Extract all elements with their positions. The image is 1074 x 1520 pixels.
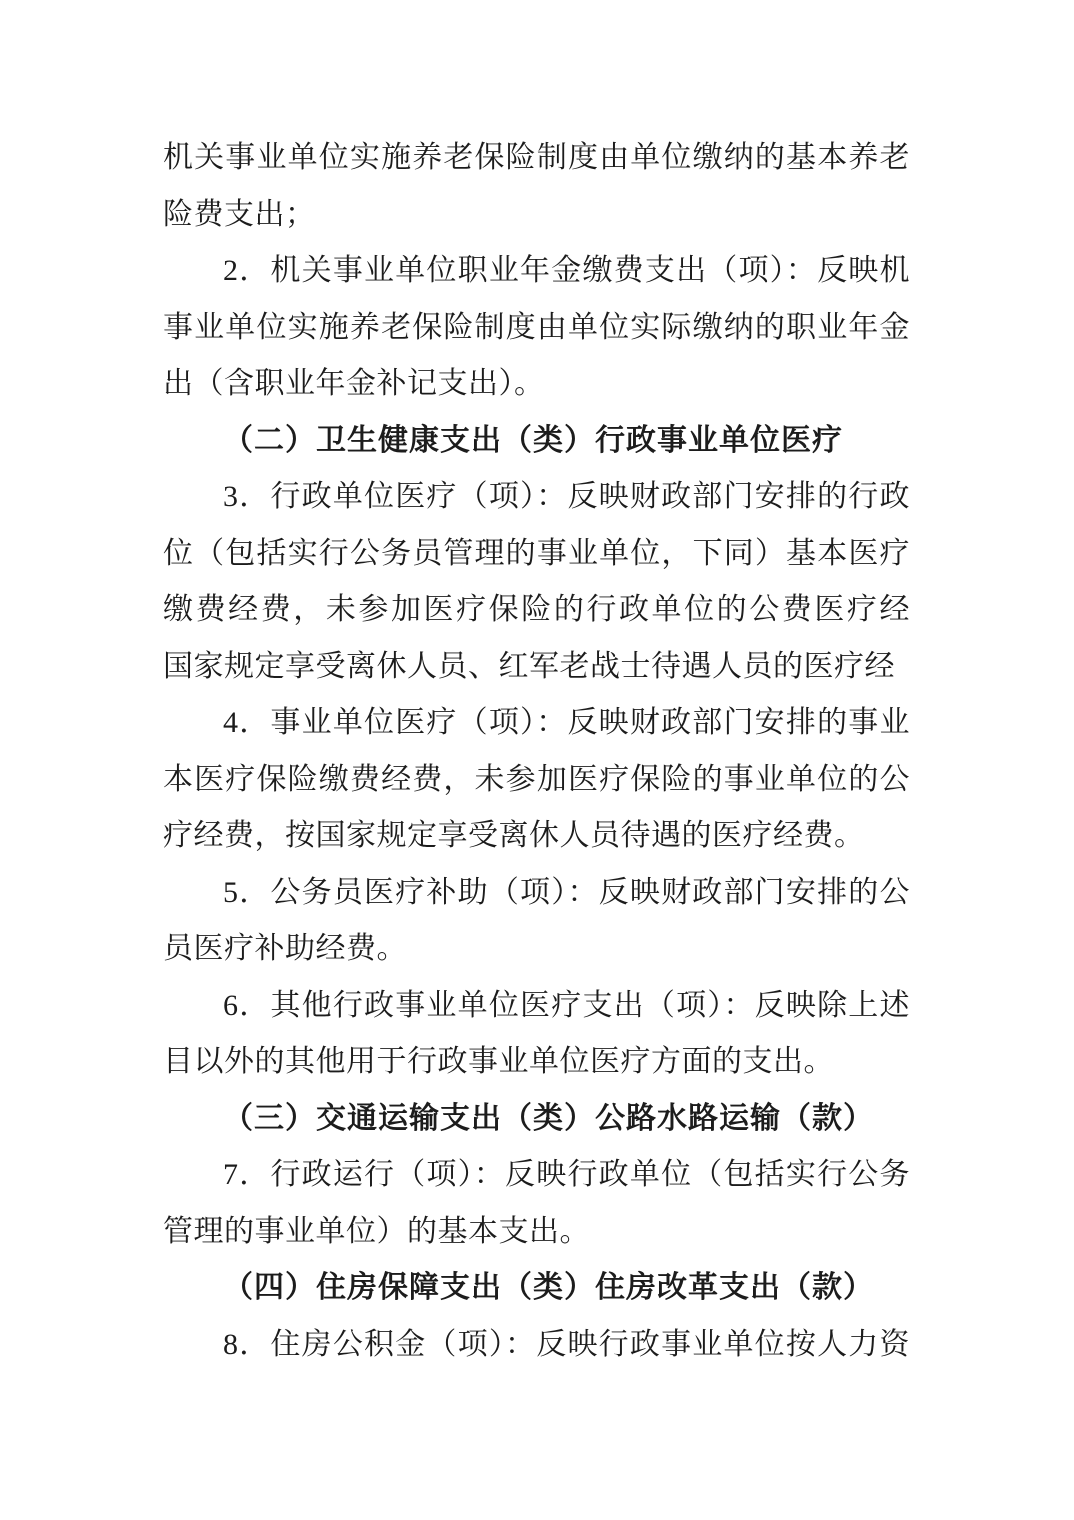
- text-line: 2．机关事业单位职业年金缴费支出（项）：反映机关: [163, 243, 910, 300]
- text-line: 6．其他行政事业单位医疗支出（项）：反映除上述项: [163, 978, 910, 1035]
- text-line: 机关事业单位实施养老保险制度由单位缴纳的基本养老保: [163, 130, 910, 187]
- text-line: 5．公务员医疗补助（项）：反映财政部门安排的公务: [163, 865, 910, 922]
- text-line: 本医疗保险缴费经费，未参加医疗保险的事业单位的公费医: [163, 752, 910, 809]
- text-line: 目以外的其他用于行政事业单位医疗方面的支出。: [163, 1034, 910, 1091]
- text-line: 事业单位实施养老保险制度由单位实际缴纳的职业年金支: [163, 300, 910, 357]
- text-line: 缴费经费，未参加医疗保险的行政单位的公费医疗经费，按: [163, 582, 910, 639]
- text-line: 管理的事业单位）的基本支出。: [163, 1204, 910, 1261]
- section-heading: （三）交通运输支出（类）公路水路运输（款）: [163, 1091, 910, 1148]
- text-line: 8．住房公积金（项）：反映行政事业单位按人力资源: [163, 1317, 910, 1374]
- text-line: 险费支出；: [163, 187, 910, 244]
- text-line: 位（包括实行公务员管理的事业单位，下同）基本医疗保险: [163, 526, 910, 583]
- document-content: 机关事业单位实施养老保险制度由单位缴纳的基本养老保险费支出；2．机关事业单位职业…: [163, 130, 910, 1373]
- document-page: 机关事业单位实施养老保险制度由单位缴纳的基本养老保险费支出；2．机关事业单位职业…: [0, 0, 1074, 1520]
- text-line: 出（含职业年金补记支出）。: [163, 356, 910, 413]
- text-line: 3．行政单位医疗（项）：反映财政部门安排的行政单: [163, 469, 910, 526]
- text-line: 疗经费，按国家规定享受离休人员待遇的医疗经费。: [163, 808, 910, 865]
- text-line: 国家规定享受离休人员、红军老战士待遇人员的医疗经费。: [163, 639, 910, 696]
- section-heading: （四）住房保障支出（类）住房改革支出（款）: [163, 1260, 910, 1317]
- text-line: 7．行政运行（项）：反映行政单位（包括实行公务员: [163, 1147, 910, 1204]
- section-heading: （二）卫生健康支出（类）行政事业单位医疗（款）: [163, 413, 910, 470]
- text-line: 员医疗补助经费。: [163, 921, 910, 978]
- text-line: 4．事业单位医疗（项）：反映财政部门安排的事业基: [163, 695, 910, 752]
